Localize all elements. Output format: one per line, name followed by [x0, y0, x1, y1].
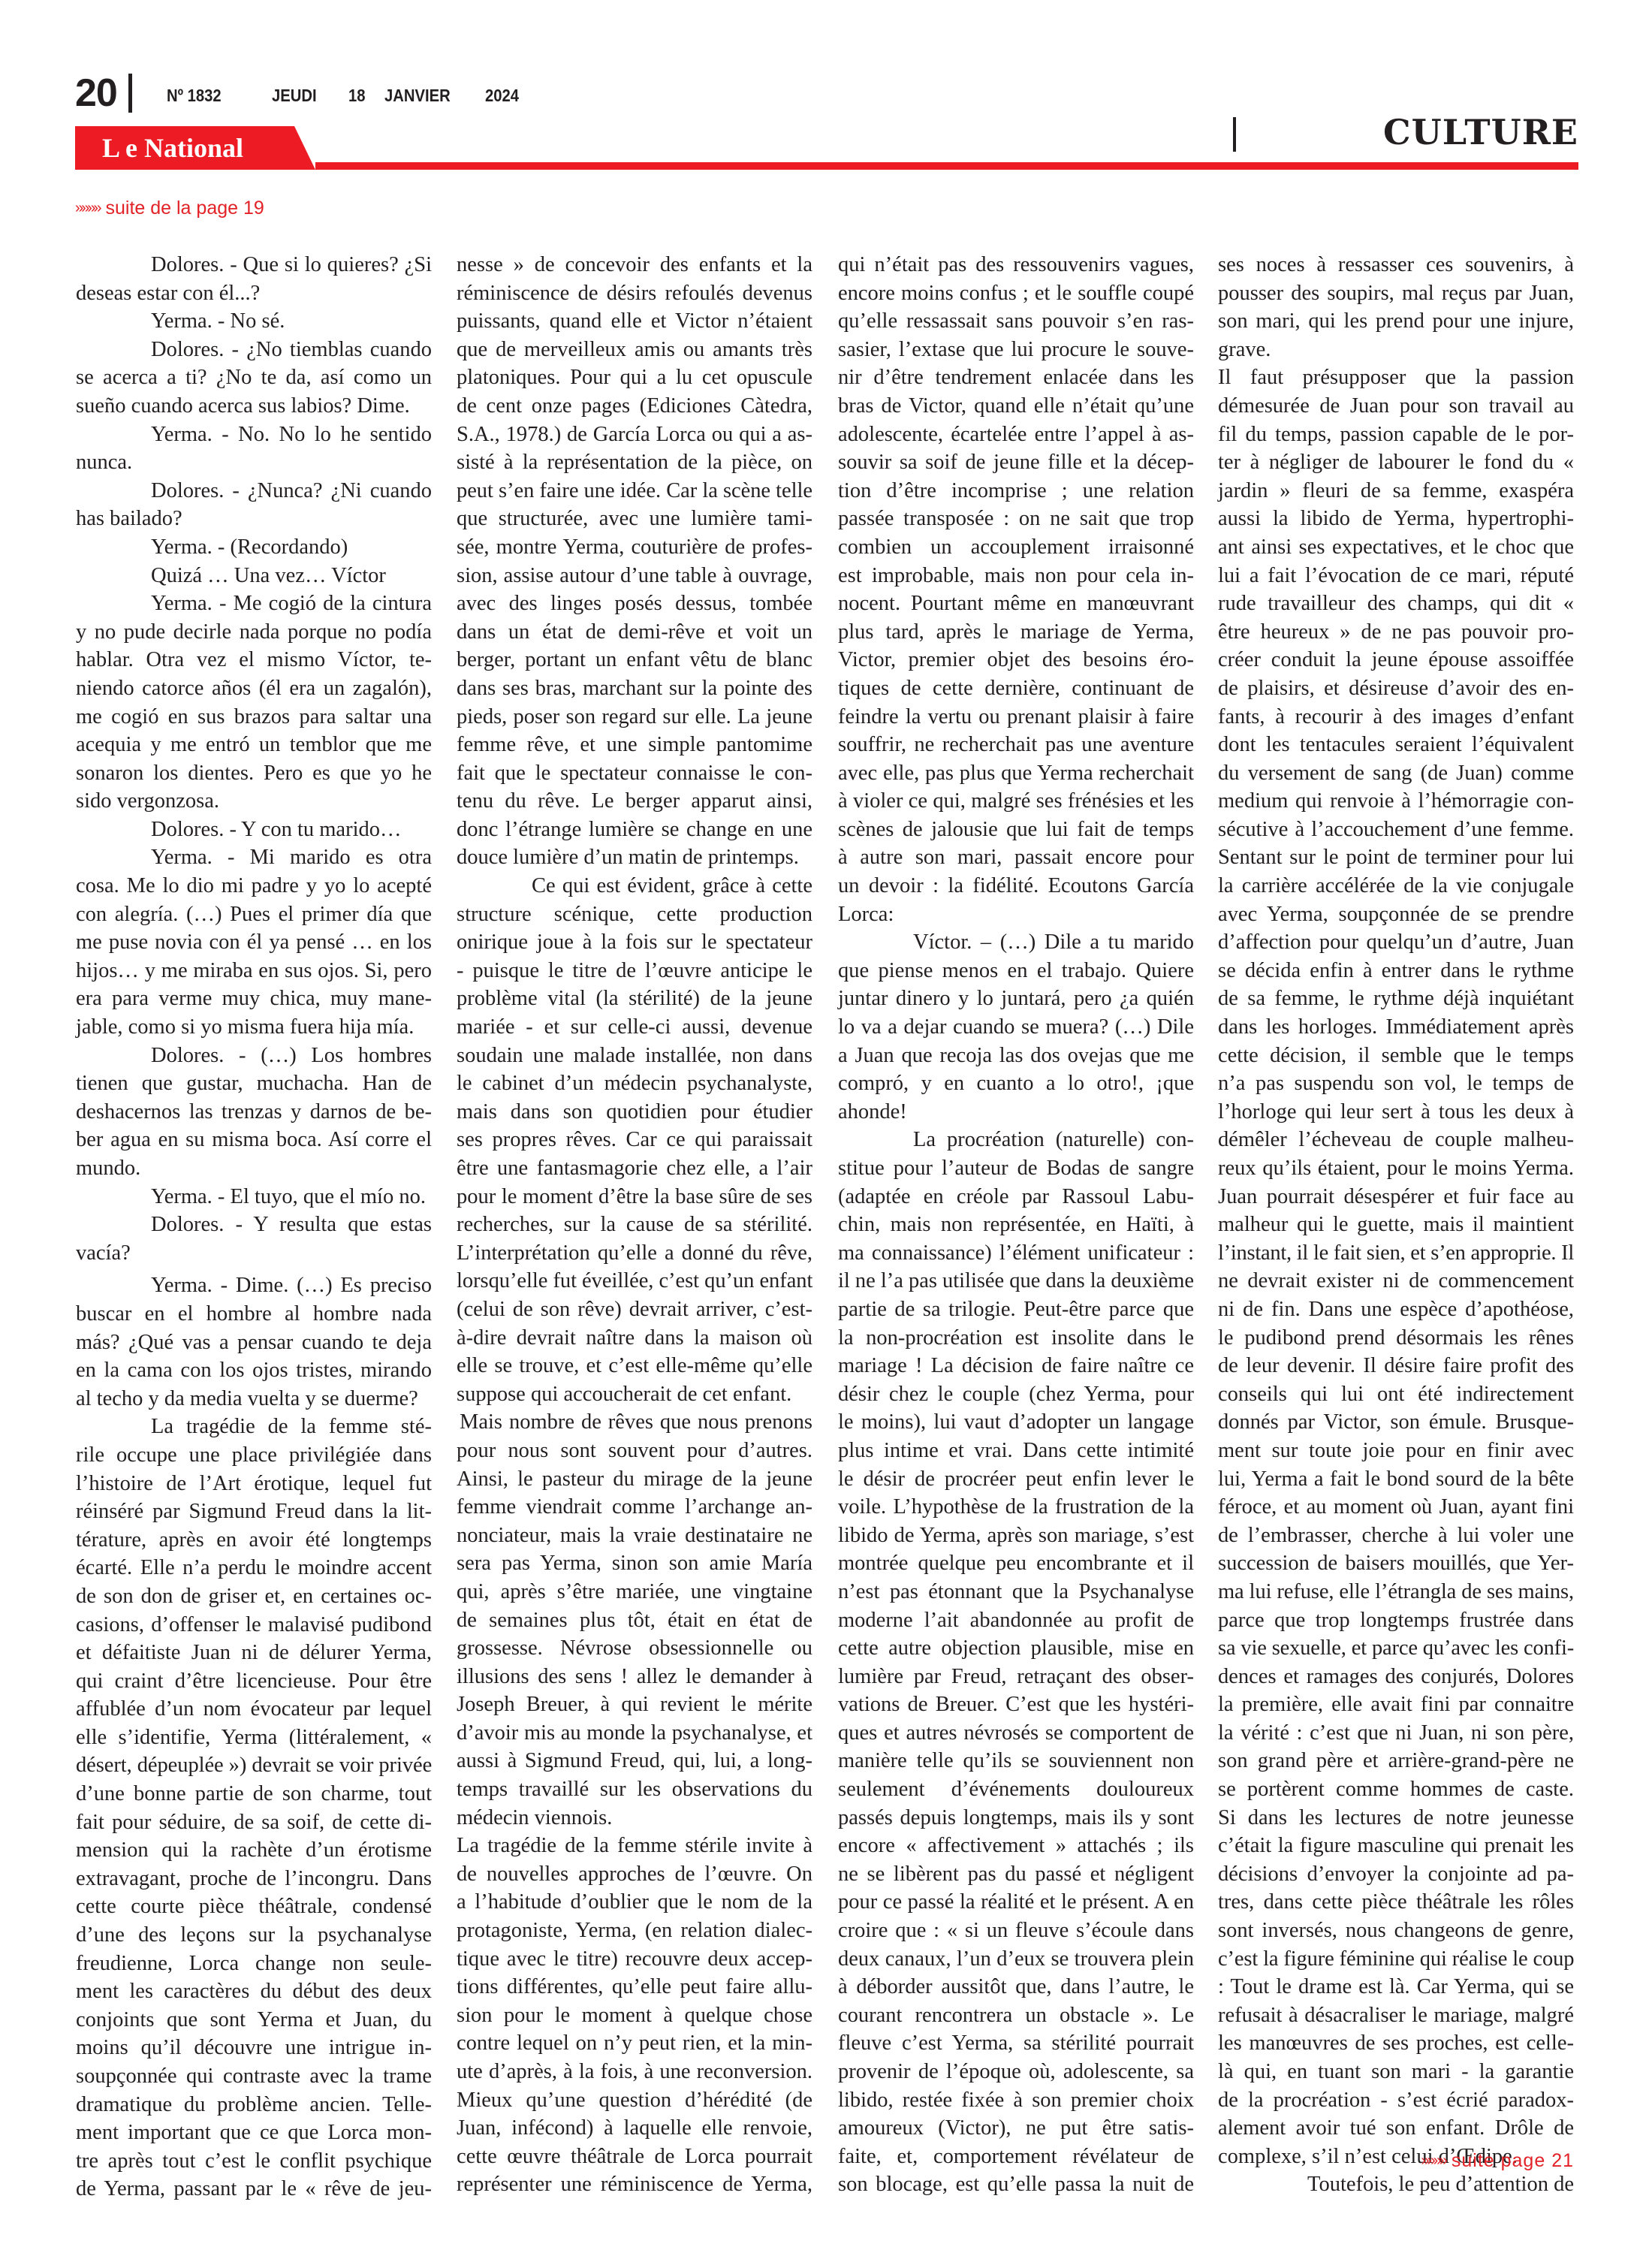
text-line: de la procréation - s’est écrié paradox- — [1218, 2086, 1574, 2115]
text-line: réminiscence de désirs refoulés devenus — [457, 279, 812, 308]
text-line: más? ¿Qué vas a pensar cuando te deja — [76, 1329, 432, 1357]
text-line: et défaitiste Juan ni de délurer Yerma, — [76, 1639, 432, 1667]
text-line: douce lumière d’un matin de printemps. — [457, 843, 812, 872]
text-line: Sentant sur le point de terminer pour lu… — [1218, 843, 1574, 872]
text-line: montrée quelque peu encombrante et il — [838, 1549, 1194, 1578]
continued-to-label: suite page 21 — [1452, 2150, 1574, 2171]
text-line: La tragédie de la femme sté- — [76, 1413, 432, 1441]
text-line: à autre son mari, passait encore pour — [838, 843, 1194, 872]
text-line: se acerca a ti? ¿No te da, así como un — [76, 363, 432, 392]
chevrons-icon: »»»» — [75, 200, 100, 216]
text-line: il ne l’a pas utilisée que dans la deuxi… — [838, 1267, 1194, 1295]
text-line: ment important que ce que Lorca mon- — [76, 2119, 432, 2147]
text-line: voile. L’hypothèse de la frustration de … — [838, 1493, 1194, 1522]
text-line: dans un état de demi-rêve et voit un — [457, 618, 812, 647]
issue-year: 2024 — [485, 86, 519, 105]
text-line: grossesse. Névrose obsessionnelle ou — [457, 1634, 812, 1663]
text-line: casions, d’offenser le malavisé pudibond — [76, 1611, 432, 1639]
text-line: être heureux » de ne pas pouvoir pro- — [1218, 618, 1574, 647]
text-line: stitue pour l’auteur de Bodas de sangre — [838, 1154, 1194, 1183]
text-line: ter à négliger de labourer le fond du « — [1218, 448, 1574, 477]
text-line: que structurée, avec une lumière tami- — [457, 505, 812, 533]
text-line: Yerma. - No. No lo he sentido — [76, 421, 432, 449]
text-line: qui, après s’être mariée, une vingtaine — [457, 1578, 812, 1606]
text-line: chin, mais non représentée, en Haïti, à — [838, 1211, 1194, 1239]
text-line: partie de sa trilogie. Peut-être parce q… — [838, 1295, 1194, 1324]
text-line: juntar dinero y lo juntará, pero ¿a quié… — [838, 985, 1194, 1013]
text-line: ma connaissance) l’élément unificateur : — [838, 1239, 1194, 1268]
text-line: nunca. — [76, 448, 432, 477]
text-line: berger, portant un enfant vêtu de blanc — [457, 646, 812, 674]
text-line: térature, après en avoir été longtemps — [76, 1526, 432, 1555]
text-line: de sa femme, le rythme déjà inquiétant — [1218, 985, 1574, 1013]
text-line: jable, como si yo misma fuera hija mía. — [76, 1013, 432, 1042]
text-line: vacía? — [76, 1239, 432, 1268]
text-line: amoureux (Victor), ne put être satis- — [838, 2114, 1194, 2143]
text-line: de leur devenir. Il désire faire profit … — [1218, 1352, 1574, 1380]
text-line: tres, dans cette pièce théâtrale les rôl… — [1218, 1888, 1574, 1917]
text-line: y no pude decirle nada porque no podía — [76, 618, 432, 647]
text-line: se portèrent comme hommes de caste. — [1218, 1775, 1574, 1804]
text-line: l’horloge qui leur sert à tous les deux … — [1218, 1098, 1574, 1126]
text-line: cosa. Me lo dio mi padre y yo lo acepté — [76, 872, 432, 900]
text-line: démesurée de Juan pour son travail au — [1218, 392, 1574, 421]
text-line: d’affection pour quelqu’un d’autre, Juan — [1218, 928, 1574, 957]
text-line: mariage ! La décision de faire naître ce — [838, 1352, 1194, 1380]
continued-from-label: suite de la page 19 — [106, 198, 264, 219]
text-line: temps travaillé sur les observations du — [457, 1775, 812, 1804]
text-line: le cabinet d’un médecin psychanalyste, — [457, 1069, 812, 1098]
text-line: freudienne, Lorca change non seule- — [76, 1950, 432, 1978]
section-title: CULTURE — [1383, 113, 1578, 152]
text-line: fait que le spectateur connaisse le con- — [457, 759, 812, 788]
text-line: Mieux qu’une question d’hérédité (de — [457, 2086, 812, 2115]
text-line: La tragédie de la femme stérile invite à — [457, 1832, 812, 1860]
text-line: sonaron los dientes. Pero es que yo he — [76, 759, 432, 788]
text-line: pour ce passé la réalité et le présent. … — [838, 1888, 1194, 1917]
text-line: désir chez le couple (chez Yerma, pour — [838, 1380, 1194, 1409]
text-line: sueño cuando acerca sus labios? Dime. — [76, 392, 432, 421]
text-line: là qui, en tuant son mari - la garantie — [1218, 2058, 1574, 2086]
text-line: lumière par Freud, retraçant des obser- — [838, 1663, 1194, 1691]
text-line: Lorca: — [838, 900, 1194, 929]
text-line: : Tout le drame est là. Car Yerma, qui s… — [1218, 1973, 1574, 2001]
text-line: aussi à Sigmund Freud, qui, lui, a long- — [457, 1747, 812, 1775]
text-line: - puisque le titre de l’œuvre anticipe l… — [457, 957, 812, 985]
text-line: à violer ce qui, malgré ses frénésies et… — [838, 787, 1194, 816]
text-line: moins qu’il découvre une intrigue in- — [76, 2034, 432, 2062]
text-line: succession de baisers mouillés, que Yer- — [1218, 1549, 1574, 1578]
text-line: avec Yerma, soupçonnée de se prendre — [1218, 900, 1574, 929]
issue-number: Nº 1832 — [167, 86, 222, 105]
text-line: libido, restée fixée à son premier choix — [838, 2086, 1194, 2115]
text-line: la première, elle avait fini par connait… — [1218, 1691, 1574, 1719]
text-line: Dolores. - Y resulta que estas — [76, 1211, 432, 1239]
text-line: ma lui refuse, elle l’étrangla de ses ma… — [1218, 1578, 1574, 1606]
text-line: c’est la figure féminine qui réalise le … — [1218, 1945, 1574, 1974]
text-line: (celui de son rêve) devrait arriver, c’e… — [457, 1295, 812, 1324]
text-line: affublée d’un nom évocateur par lequel — [76, 1695, 432, 1724]
text-line: représenter une réminiscence de Yerma, — [457, 2170, 812, 2199]
text-line: de nouvelles approches de l’œuvre. On — [457, 1860, 812, 1889]
text-line: sido vergonzosa. — [76, 787, 432, 816]
text-line: médecin viennois. — [457, 1804, 812, 1832]
text-line: Juan pourrait désespérer et fuir face au — [1218, 1183, 1574, 1211]
article-column-3: qui n’était pas des ressouvenirs vagues,… — [838, 251, 1194, 2199]
text-line: son grand père et arrière-grand-père ne — [1218, 1747, 1574, 1775]
text-line: passée transposée : on ne sait que trop — [838, 505, 1194, 533]
text-line: sa vie sexuelle, et parce qu’avec les co… — [1218, 1634, 1574, 1663]
text-line: ni de fin. Dans une espèce d’apothéose, — [1218, 1295, 1574, 1324]
text-line: me puse novia con él ya pensé … en los — [76, 928, 432, 957]
text-line: Mais nombre de rêves que nous prenons — [457, 1408, 812, 1437]
text-line: un devoir : la fidélité. Ecoutons García — [838, 872, 1194, 900]
text-line: Quizá … Una vez… Víctor — [76, 562, 432, 590]
text-line: l’histoire de l’Art érotique, lequel fut — [76, 1470, 432, 1498]
text-line: contre lequel on n’y peut rien, et la mi… — [457, 2029, 812, 2058]
text-line: la vérité : c’est que ni Juan, ni son pè… — [1218, 1719, 1574, 1748]
text-line: de son don de griser et, en certaines oc… — [76, 1582, 432, 1611]
text-line: seulement d’événements douloureux — [838, 1775, 1194, 1804]
text-line: Yerma. - Mi marido es otra — [76, 843, 432, 872]
text-line: reux qu’ils étaient, pour le moins Yerma… — [1218, 1154, 1574, 1183]
text-line: Juan, infécond) à laquelle elle renvoie, — [457, 2114, 812, 2143]
text-line: donc l’étrange lumière se change en une — [457, 816, 812, 844]
text-line: jardin » fleuri de sa femme, exaspéra — [1218, 477, 1574, 505]
text-line: a Juan que recoja las dos ovejas que me — [838, 1042, 1194, 1070]
text-line: ment sur toute joie pour en finir avec — [1218, 1437, 1574, 1465]
text-line: acequia y me entró un temblor que me — [76, 731, 432, 759]
text-line: démêler l’écheveau de couple malheu- — [1218, 1126, 1574, 1154]
text-line: souvir sa soif de jeune fille et la déce… — [838, 448, 1194, 477]
text-line: hijos… y me miraba en sus ojos. Si, pero — [76, 957, 432, 985]
text-line: Dolores. - ¿No tiemblas cuando — [76, 336, 432, 364]
text-line: tiques de cette dernière, continuant de — [838, 674, 1194, 703]
issue-weekday: JEUDI — [272, 86, 317, 105]
text-line: puissants, quand elle et Victor n’étaien… — [457, 307, 812, 336]
text-line: has bailado? — [76, 505, 432, 533]
text-line: faite, et, comportement révélateur de — [838, 2143, 1194, 2171]
text-line: recherches, sur la cause de sa stérilité… — [457, 1211, 812, 1239]
text-line: conjoints que sont Yerma et Juan, du — [76, 2006, 432, 2034]
text-line: L’interprétation qu’elle a donné du rêve… — [457, 1239, 812, 1268]
text-line: désert, dépeuplée ») devrait se voir pri… — [76, 1751, 432, 1780]
text-line: dont les tentacules seraient l’équivalen… — [1218, 731, 1574, 759]
text-line: tions différentes, qu’elle peut faire al… — [457, 1973, 812, 2001]
text-line: pour le moment d’être la base sûre de se… — [457, 1183, 812, 1211]
text-line: du versement de sang (de Juan) comme — [1218, 759, 1574, 788]
text-line: problème vital (la stérilité) de la jeun… — [457, 985, 812, 1013]
text-line: soupçonnée qui contraste avec la trame — [76, 2062, 432, 2091]
text-line: soudain une malade installée, non dans — [457, 1042, 812, 1070]
text-line: libido de Yerma, après son mariage, s’es… — [838, 1522, 1194, 1550]
text-line: écarté. Elle n’a perdu le moindre accent — [76, 1554, 432, 1582]
text-line: de cent onze pages (Ediciones Càtedra, — [457, 392, 812, 421]
text-line: cette décision, il semble que le temps — [1218, 1042, 1574, 1070]
text-line: dans ses bras, marchant sur la pointe de… — [457, 674, 812, 703]
continued-from-link[interactable]: »»»»suite de la page 19 — [75, 197, 264, 221]
text-line: réinséré par Sigmund Freud dans la lit- — [76, 1497, 432, 1526]
text-line: Joseph Breuer, à qui revient le mérite — [457, 1691, 812, 1719]
text-line: suppose qui accoucherait de cet enfant. — [457, 1380, 812, 1409]
text-line: structure scénique, cette production — [457, 900, 812, 929]
text-line: être une fantasmagorie chez elle, a l’ai… — [457, 1154, 812, 1183]
text-line: se décida enfin à entrer dans le rythme — [1218, 957, 1574, 985]
text-line: provenir de l’époque où, adolescente, sa — [838, 2058, 1194, 2086]
text-line: deshacernos las trenzas y darnos de be- — [76, 1098, 432, 1126]
issue-month: JANVIER — [384, 86, 451, 105]
text-line: alement avoir tué son enfant. Drôle de — [1218, 2114, 1574, 2143]
text-line: ahonde! — [838, 1098, 1194, 1126]
text-line: feindre la vertu ou prenant plaisir à fa… — [838, 703, 1194, 731]
text-line: era para verme muy chica, muy mane- — [76, 985, 432, 1013]
text-line: (adaptée en créole par Rassoul Labu- — [838, 1183, 1194, 1211]
text-line: pousser des soupirs, mal reçus par Juan, — [1218, 279, 1574, 308]
text-line: Ce qui est évident, grâce à cette — [457, 872, 812, 900]
page-number: 20 — [75, 72, 117, 114]
text-line: nonciateur, mais la vraie destinataire n… — [457, 1522, 812, 1550]
text-line: ment les caractères du début des deux — [76, 1977, 432, 2006]
text-line: malheur qui le guette, mais il maintient — [1218, 1211, 1574, 1239]
text-line: al techo y da media vuelta y se duerme? — [76, 1385, 432, 1413]
text-line: sont inversés, nous changeons de genre, — [1218, 1917, 1574, 1945]
text-line: dences et ramages des conjurés, Dolores — [1218, 1663, 1574, 1691]
text-line: Si dans les lectures de notre jeunesse — [1218, 1804, 1574, 1832]
text-line: femme viendrait comme l’archange an- — [457, 1493, 812, 1522]
text-line: ses noces à ressasser ces souvenirs, à — [1218, 251, 1574, 279]
text-line: dans les horloges. Immédiatement après — [1218, 1013, 1574, 1042]
text-line: tre après tout c’est le conflit psychiqu… — [76, 2147, 432, 2176]
text-line: Víctor. – (…) Dile a tu marido — [838, 928, 1194, 957]
text-line: nir d’être tendrement enlacée dans les — [838, 363, 1194, 392]
text-line: vations de Breuer. C’est que les hystéri… — [838, 1691, 1194, 1719]
text-line: elle se trouve, et c’est elle-même qu’el… — [457, 1352, 812, 1380]
article-column-4: ses noces à ressasser ces souvenirs, àpo… — [1218, 251, 1574, 2199]
text-line: avec des linges posés dessus, tombée — [457, 590, 812, 618]
text-line: lorsqu’elle fut éveillée, c’est qu’un en… — [457, 1267, 812, 1295]
text-line: a l’habitude d’oublier que le nom de la — [457, 1888, 812, 1917]
text-line: con alegría. (…) Pues el primer día que — [76, 900, 432, 929]
text-line: à déborder aussitôt que, dans l’autre, l… — [838, 1973, 1194, 2001]
text-line: Dolores. - Que si lo quieres? ¿Si — [76, 251, 432, 279]
text-line: d’avoir mis au monde la psychanalyse, et — [457, 1719, 812, 1748]
text-line: de l’embrasser, cherche à lui voler une — [1218, 1522, 1574, 1550]
text-line: protagoniste, Yerma, (en relation dialec… — [457, 1917, 812, 1945]
text-line: plus intime et vrai. Dans cette intimité — [838, 1437, 1194, 1465]
text-line: que piense menos en el trabajo. Quiere — [838, 957, 1194, 985]
text-line: sécutive à l’accouchement d’une femme. — [1218, 816, 1574, 844]
text-line: refusait à désacraliser le mariage, malg… — [1218, 2001, 1574, 2030]
text-line: de semaines plus tôt, était en état de — [457, 1606, 812, 1635]
text-line: sera pas Yerma, sinon son amie María — [457, 1549, 812, 1578]
text-line: le pudibond prend désormais les rênes — [1218, 1324, 1574, 1353]
text-line: cette courte pièce théâtrale, condensé — [76, 1893, 432, 1921]
text-line: conseils qui lui ont été indirectement — [1218, 1380, 1574, 1409]
text-line: le désir de procréer peut enfin lever le — [838, 1465, 1194, 1494]
text-line: compró, y en cuanto a lo otro!, ¡que — [838, 1069, 1194, 1098]
text-line: pour nous sont souvent pour d’autres. — [457, 1437, 812, 1465]
text-line: le moins), lui vaut d’adopter un langage — [838, 1408, 1194, 1437]
text-line: Victor, premier objet des besoins éro- — [838, 646, 1194, 674]
chevrons-icon: »»»» — [1421, 2152, 1445, 2169]
text-line: nocent. Pourtant même en manœuvrant — [838, 590, 1194, 618]
text-line: que de merveilleux amis ou amants très — [457, 336, 812, 364]
text-line: Dolores. - (…) Los hombres — [76, 1042, 432, 1070]
header-divider — [128, 74, 132, 113]
text-line: ses propres rêves. Car ce qui paraissait — [457, 1126, 812, 1154]
text-line: ques et autres névrosés se comportent de — [838, 1719, 1194, 1748]
text-line: hablar. Otra vez el mismo Víctor, te- — [76, 646, 432, 674]
text-line: plus tard, après le mariage de Yerma, — [838, 618, 1194, 647]
article-column-2: nesse » de concevoir des enfants et laré… — [457, 251, 812, 2199]
text-line: passés depuis longtemps, mais ils y sont — [838, 1804, 1194, 1832]
text-line: adolescente, écartelée entre l’appel à a… — [838, 421, 1194, 449]
text-line: fants, à recourir à des images d’enfant — [1218, 703, 1574, 731]
text-line: tion d’être incomprise ; une relation — [838, 477, 1194, 505]
masthead-brand: L e National — [75, 126, 323, 168]
text-line: croire que : « si un fleuve s’écoule dan… — [838, 1917, 1194, 1945]
text-line: qui craint d’être licencieuse. Pour être — [76, 1667, 432, 1696]
text-line: lo va a dejar cuando se muera? (…) Dile — [838, 1013, 1194, 1042]
text-line: Ainsi, le pasteur du mirage de la jeune — [457, 1465, 812, 1494]
text-line: d’une bonne partie de son charme, tout — [76, 1780, 432, 1808]
text-line: sion pour le moment à quelque chose — [457, 2001, 812, 2030]
text-line: Yerma. - Me cogió de la cintura — [76, 590, 432, 618]
text-line: onirique joue à la fois sur le spectateu… — [457, 928, 812, 957]
text-line: courant rencontrera un obstacle ». Le — [838, 2001, 1194, 2030]
text-line: deux canaux, l’un d’eux se trouvera plei… — [838, 1945, 1194, 1974]
text-line: elle s’identifie, Yerma (littéralement, … — [76, 1724, 432, 1752]
text-line: créer conduit la jeune épouse assoiffée — [1218, 646, 1574, 674]
text-line: La procréation (naturelle) con- — [838, 1126, 1194, 1154]
text-line: ute d’après, à la fois, à une reconversi… — [457, 2058, 812, 2086]
text-line: sion, assise autour d’une table à ouvrag… — [457, 562, 812, 590]
text-line: la carrière accélérée de la vie conjugal… — [1218, 872, 1574, 900]
text-line: Dolores. - ¿Nunca? ¿Ni cuando — [76, 477, 432, 505]
text-line: souffrir, ne recherchait pas une aventur… — [838, 731, 1194, 759]
text-line: parce que trop longtemps frustrée dans — [1218, 1606, 1574, 1635]
text-line: les manœuvres de ses proches, est celle- — [1218, 2029, 1574, 2058]
text-line: ant ainsi ses expectatives, et le choc q… — [1218, 533, 1574, 562]
text-line: rude travailleur des champs, qui dit « — [1218, 590, 1574, 618]
text-line: sisté à la représentation de la pièce, o… — [457, 448, 812, 477]
text-line: femme rêve, et une simple pantomime — [457, 731, 812, 759]
text-line: sée, montre Yerma, couturière de profes- — [457, 533, 812, 562]
text-line: rile occupe une place privilégiée dans — [76, 1441, 432, 1470]
text-line: platoniques. Pour qui a lu cet opuscule — [457, 363, 812, 392]
text-line: tique avec le titre) recouvre deux accep… — [457, 1945, 812, 1974]
text-line: ber agua en su misma boca. Así corre el — [76, 1126, 432, 1154]
text-line: ne devrait exister ni de commencement — [1218, 1267, 1574, 1295]
text-line: lui a fait l’évocation de ce mari, réput… — [1218, 562, 1574, 590]
text-line: tenu du rêve. Le berger apparut ainsi, — [457, 787, 812, 816]
text-line: qu’elle ressassait sans pouvoir s’en ras… — [838, 307, 1194, 336]
text-line: lui, Yerma a fait le bond sourd de la bê… — [1218, 1465, 1574, 1494]
text-line: combien un accouplement irraisonné — [838, 533, 1194, 562]
text-line: ne se libèrent pas du passé et négligent — [838, 1860, 1194, 1889]
text-line: encore « affectivement » attachés ; ils — [838, 1832, 1194, 1860]
text-line: Il faut présupposer que la passion — [1218, 363, 1574, 392]
text-line: encore moins confus ; et le souffle coup… — [838, 279, 1194, 308]
text-line: mariée - et sur celle-ci aussi, devenue — [457, 1013, 812, 1042]
text-line: tienen que gustar, muchacha. Han de — [76, 1069, 432, 1098]
text-line: fait pour séduire, de sa soif, de cette … — [76, 1808, 432, 1837]
text-line: moderne l’ait abandonnée au profit de — [838, 1606, 1194, 1635]
text-line: n’est pas étonnant que la Psychanalyse — [838, 1578, 1194, 1606]
text-line: medium qui renvoie à l’hémorragie con- — [1218, 787, 1574, 816]
text-line: sasier, l’extase que lui procure le souv… — [838, 336, 1194, 364]
text-line: scènes de jalousie que lui fait de temps — [838, 816, 1194, 844]
text-line: décisions d’envoyer la conjointe ad pa- — [1218, 1860, 1574, 1889]
text-line: aussi la libido de Yerma, hypertrophi- — [1218, 505, 1574, 533]
text-line: Yerma. - No sé. — [76, 307, 432, 336]
text-line: deseas estar con él...? — [76, 279, 432, 308]
header-red-rule — [315, 162, 1578, 170]
text-line: son mari, qui les prend pour une injure, — [1218, 307, 1574, 336]
text-line: manière telle qu’ils se souviennent non — [838, 1747, 1194, 1775]
text-line: Yerma. - Dime. (…) Es preciso — [76, 1271, 432, 1300]
text-line: la non-procréation est insolite dans le — [838, 1324, 1194, 1353]
continued-to-link[interactable]: »»»»suite page 21 — [1421, 2149, 1574, 2173]
text-line: illusions des sens ! allez le demander à — [457, 1663, 812, 1691]
text-line: Dolores. - Y con tu marido… — [76, 816, 432, 844]
text-line: Yerma. - (Recordando) — [76, 533, 432, 562]
text-line: dramatique du problème ancien. Telle- — [76, 2091, 432, 2119]
text-line: buscar en el hombre al hombre nada — [76, 1300, 432, 1329]
text-line: extravagant, proche de l’incongru. Dans — [76, 1865, 432, 1893]
text-line: niendo catorce años (él era un zagalón), — [76, 674, 432, 703]
text-line: cette autre objection plausible, mise en — [838, 1634, 1194, 1663]
text-line: bras de Victor, quand elle n’était qu’un… — [838, 392, 1194, 421]
text-line: à-dire devrait naître dans la maison où — [457, 1324, 812, 1353]
text-line: nesse » de concevoir des enfants et la — [457, 251, 812, 279]
text-line: me cogió en sus brazos para saltar una — [76, 703, 432, 731]
text-line: qui n’était pas des ressouvenirs vagues, — [838, 251, 1194, 279]
text-line: est improbable, mais non pour cela in- — [838, 562, 1194, 590]
text-line: féroce, et au moment où Juan, ayant fini — [1218, 1493, 1574, 1522]
article-column-1: Dolores. - Que si lo quieres? ¿Sideseas … — [76, 251, 432, 2203]
text-line: grave. — [1218, 336, 1574, 364]
text-line: Toutefois, le peu d’attention de — [1218, 2170, 1574, 2199]
text-line: d’une des leçons sur la psychanalyse — [76, 1921, 432, 1950]
brand-name: L e National — [102, 134, 243, 162]
text-line: mundo. — [76, 1154, 432, 1183]
text-line: cette œuvre théâtrale de Lorca pourrait — [457, 2143, 812, 2171]
text-line: de Yerma, passant par le « rêve de jeu- — [76, 2175, 432, 2203]
text-line: fil du temps, passion capable de le por- — [1218, 421, 1574, 449]
text-line: n’a pas suspendu son vol, le temps de — [1218, 1069, 1574, 1098]
text-line: avec elle, pas plus que Yerma recherchai… — [838, 759, 1194, 788]
text-line: c’était la figure masculine qui prenait … — [1218, 1832, 1574, 1860]
text-line: peut s’en faire une idée. Car la scène t… — [457, 477, 812, 505]
text-line: Yerma. - El tuyo, que el mío no. — [76, 1183, 432, 1211]
text-line: l’instant, il le fait sien, et s’en appr… — [1218, 1239, 1574, 1268]
issue-day: 18 — [348, 86, 366, 105]
section-divider — [1233, 117, 1236, 152]
text-line: son blocage, est qu’elle passa la nuit d… — [838, 2170, 1194, 2199]
text-line: mension qui la rachète d’un érotisme — [76, 1836, 432, 1865]
text-line: S.A., 1978.) de García Lorca ou qui a as… — [457, 421, 812, 449]
text-line: donnés par Victor, son émule. Brusque- — [1218, 1408, 1574, 1437]
text-line: mais dans son quotidien pour étudier — [457, 1098, 812, 1126]
text-line: de plaisirs, et désireuse d’avoir des en… — [1218, 674, 1574, 703]
text-line: en la cama con los ojos tristes, mirando — [76, 1356, 432, 1385]
text-line: pieds, poser son regard sur elle. La jeu… — [457, 703, 812, 731]
text-line: fleuve c’est Yerma, sa stérilité pourrai… — [838, 2029, 1194, 2058]
